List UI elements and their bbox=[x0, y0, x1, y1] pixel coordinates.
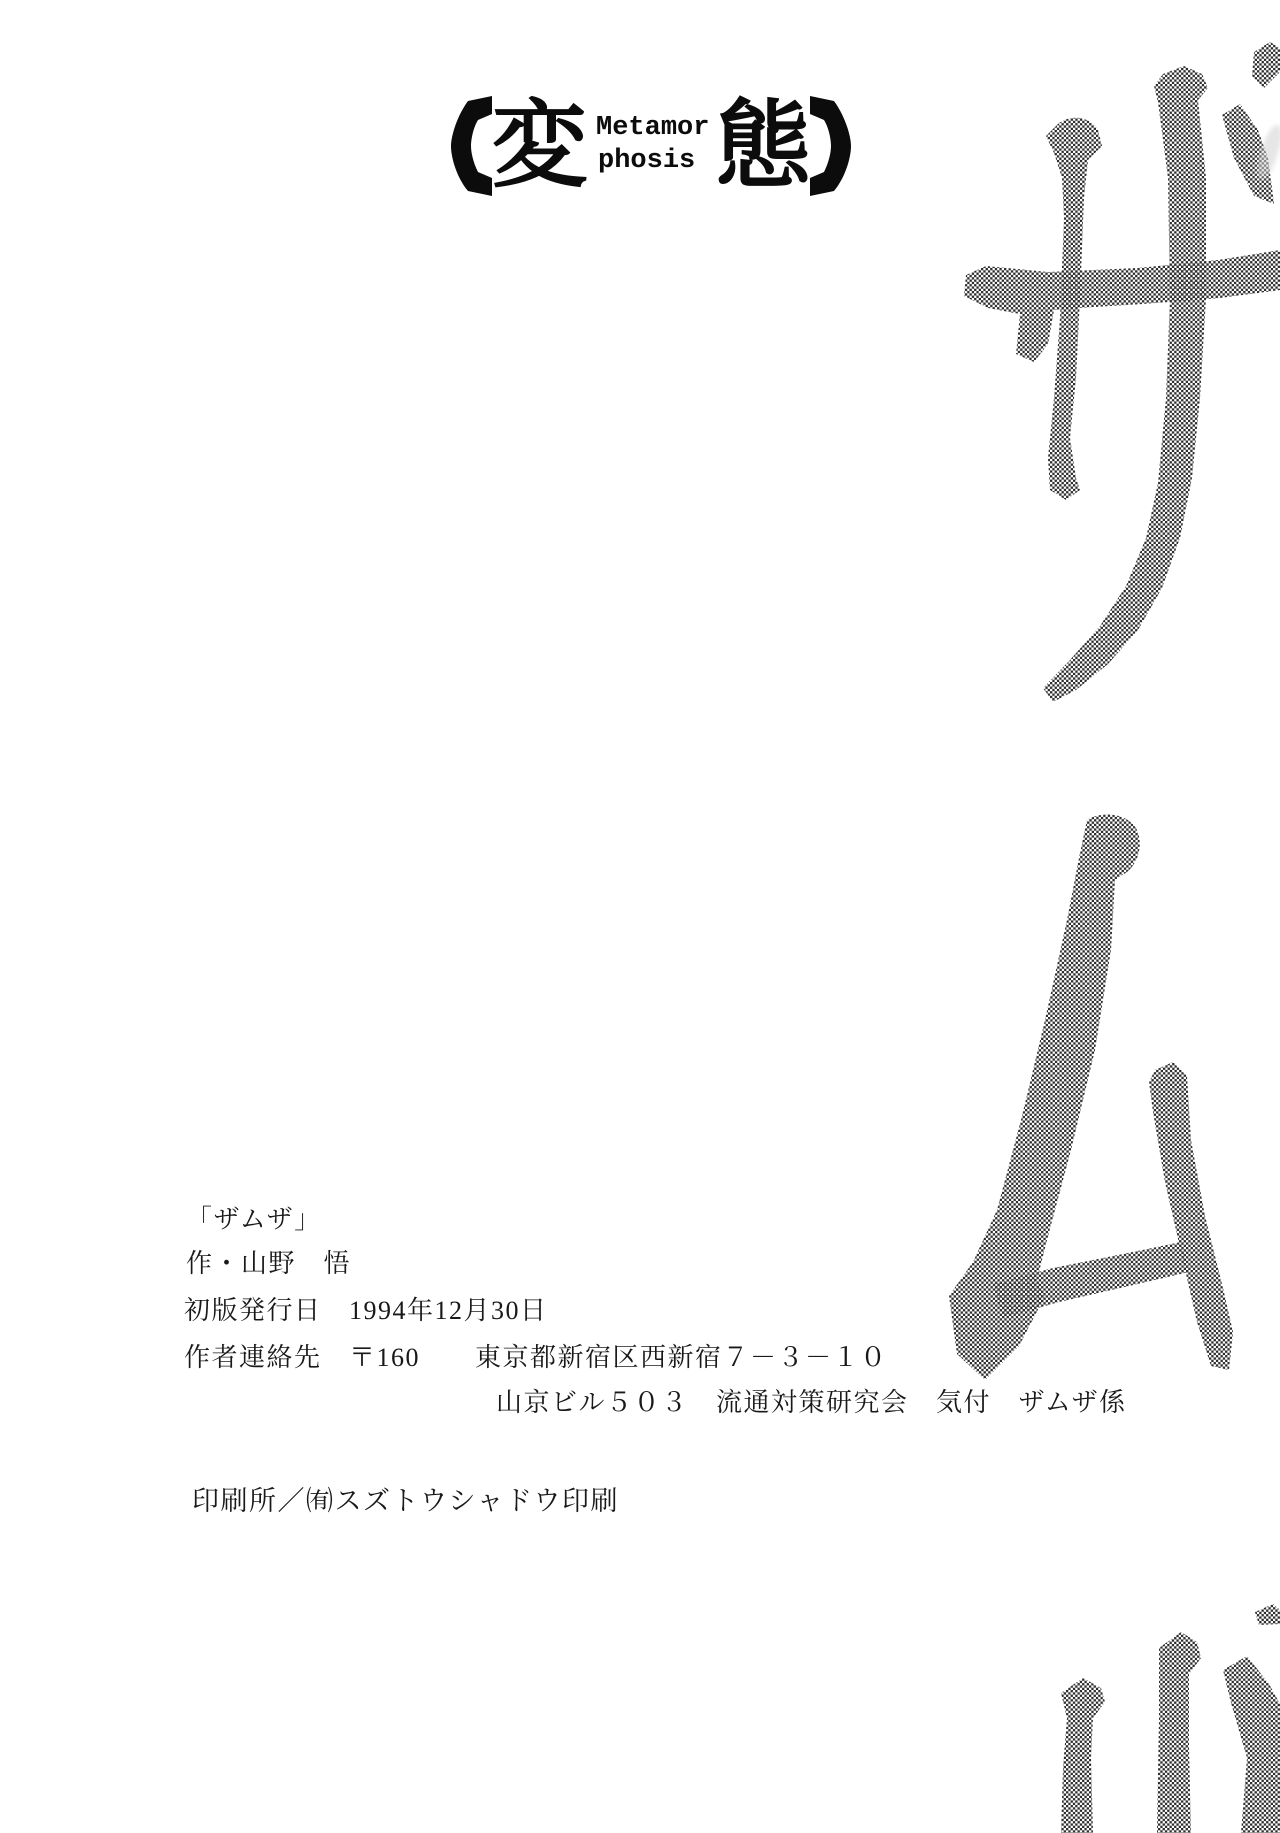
logo-kanji-tai: 態 bbox=[715, 94, 810, 198]
author-line: 作・山野 悟 bbox=[186, 1249, 351, 1279]
logo-close-lens-bracket-icon bbox=[810, 94, 854, 198]
contact-address-line-2: 山京ビル５０３ 流通対策研究会 気付 ザムザ係 bbox=[496, 1388, 1127, 1418]
halftone-glyph-za-bottom-partial: ザ bbox=[1043, 1598, 1280, 1833]
work-title: 「ザムザ」 bbox=[186, 1205, 322, 1235]
za2-right-stroke bbox=[1223, 1656, 1280, 1833]
za1-horizontal-stroke bbox=[964, 250, 1280, 362]
halftone-glyph-mu: ム bbox=[933, 810, 1265, 1392]
scanned-colophon-page: 変 Metamor phosis 態 ザ ム ザ 「ザムザ」 作・山野 悟 初 bbox=[0, 0, 1280, 1833]
logo-open-lens-bracket-icon bbox=[448, 94, 492, 198]
halftone-glyph-za-top: ザ bbox=[958, 38, 1280, 706]
logo-english-text: Metamor phosis bbox=[587, 94, 715, 178]
za2-left-stroke bbox=[1061, 1678, 1105, 1833]
mu-right-stroke bbox=[1149, 1062, 1233, 1370]
logo-kanji-hen: 変 bbox=[492, 94, 587, 198]
contact-address-line-1: 作者連絡先 〒160 東京都新宿区西新宿７－３－１０ bbox=[184, 1343, 888, 1373]
logo-english-line1: Metamor bbox=[596, 112, 709, 145]
za2-middle-stroke bbox=[1157, 1632, 1201, 1833]
first-edition-date-line: 初版発行日 1994年12月30日 bbox=[184, 1296, 548, 1326]
logo-english-line2: phosis bbox=[596, 145, 709, 178]
za1-dakuten-mark-1 bbox=[1252, 42, 1280, 88]
metamorphosis-logo: 変 Metamor phosis 態 bbox=[448, 94, 854, 200]
za2-tick-mark bbox=[1255, 1604, 1280, 1625]
printer-line: 印刷所／㈲スズトウシャドウ印刷 bbox=[192, 1486, 619, 1516]
